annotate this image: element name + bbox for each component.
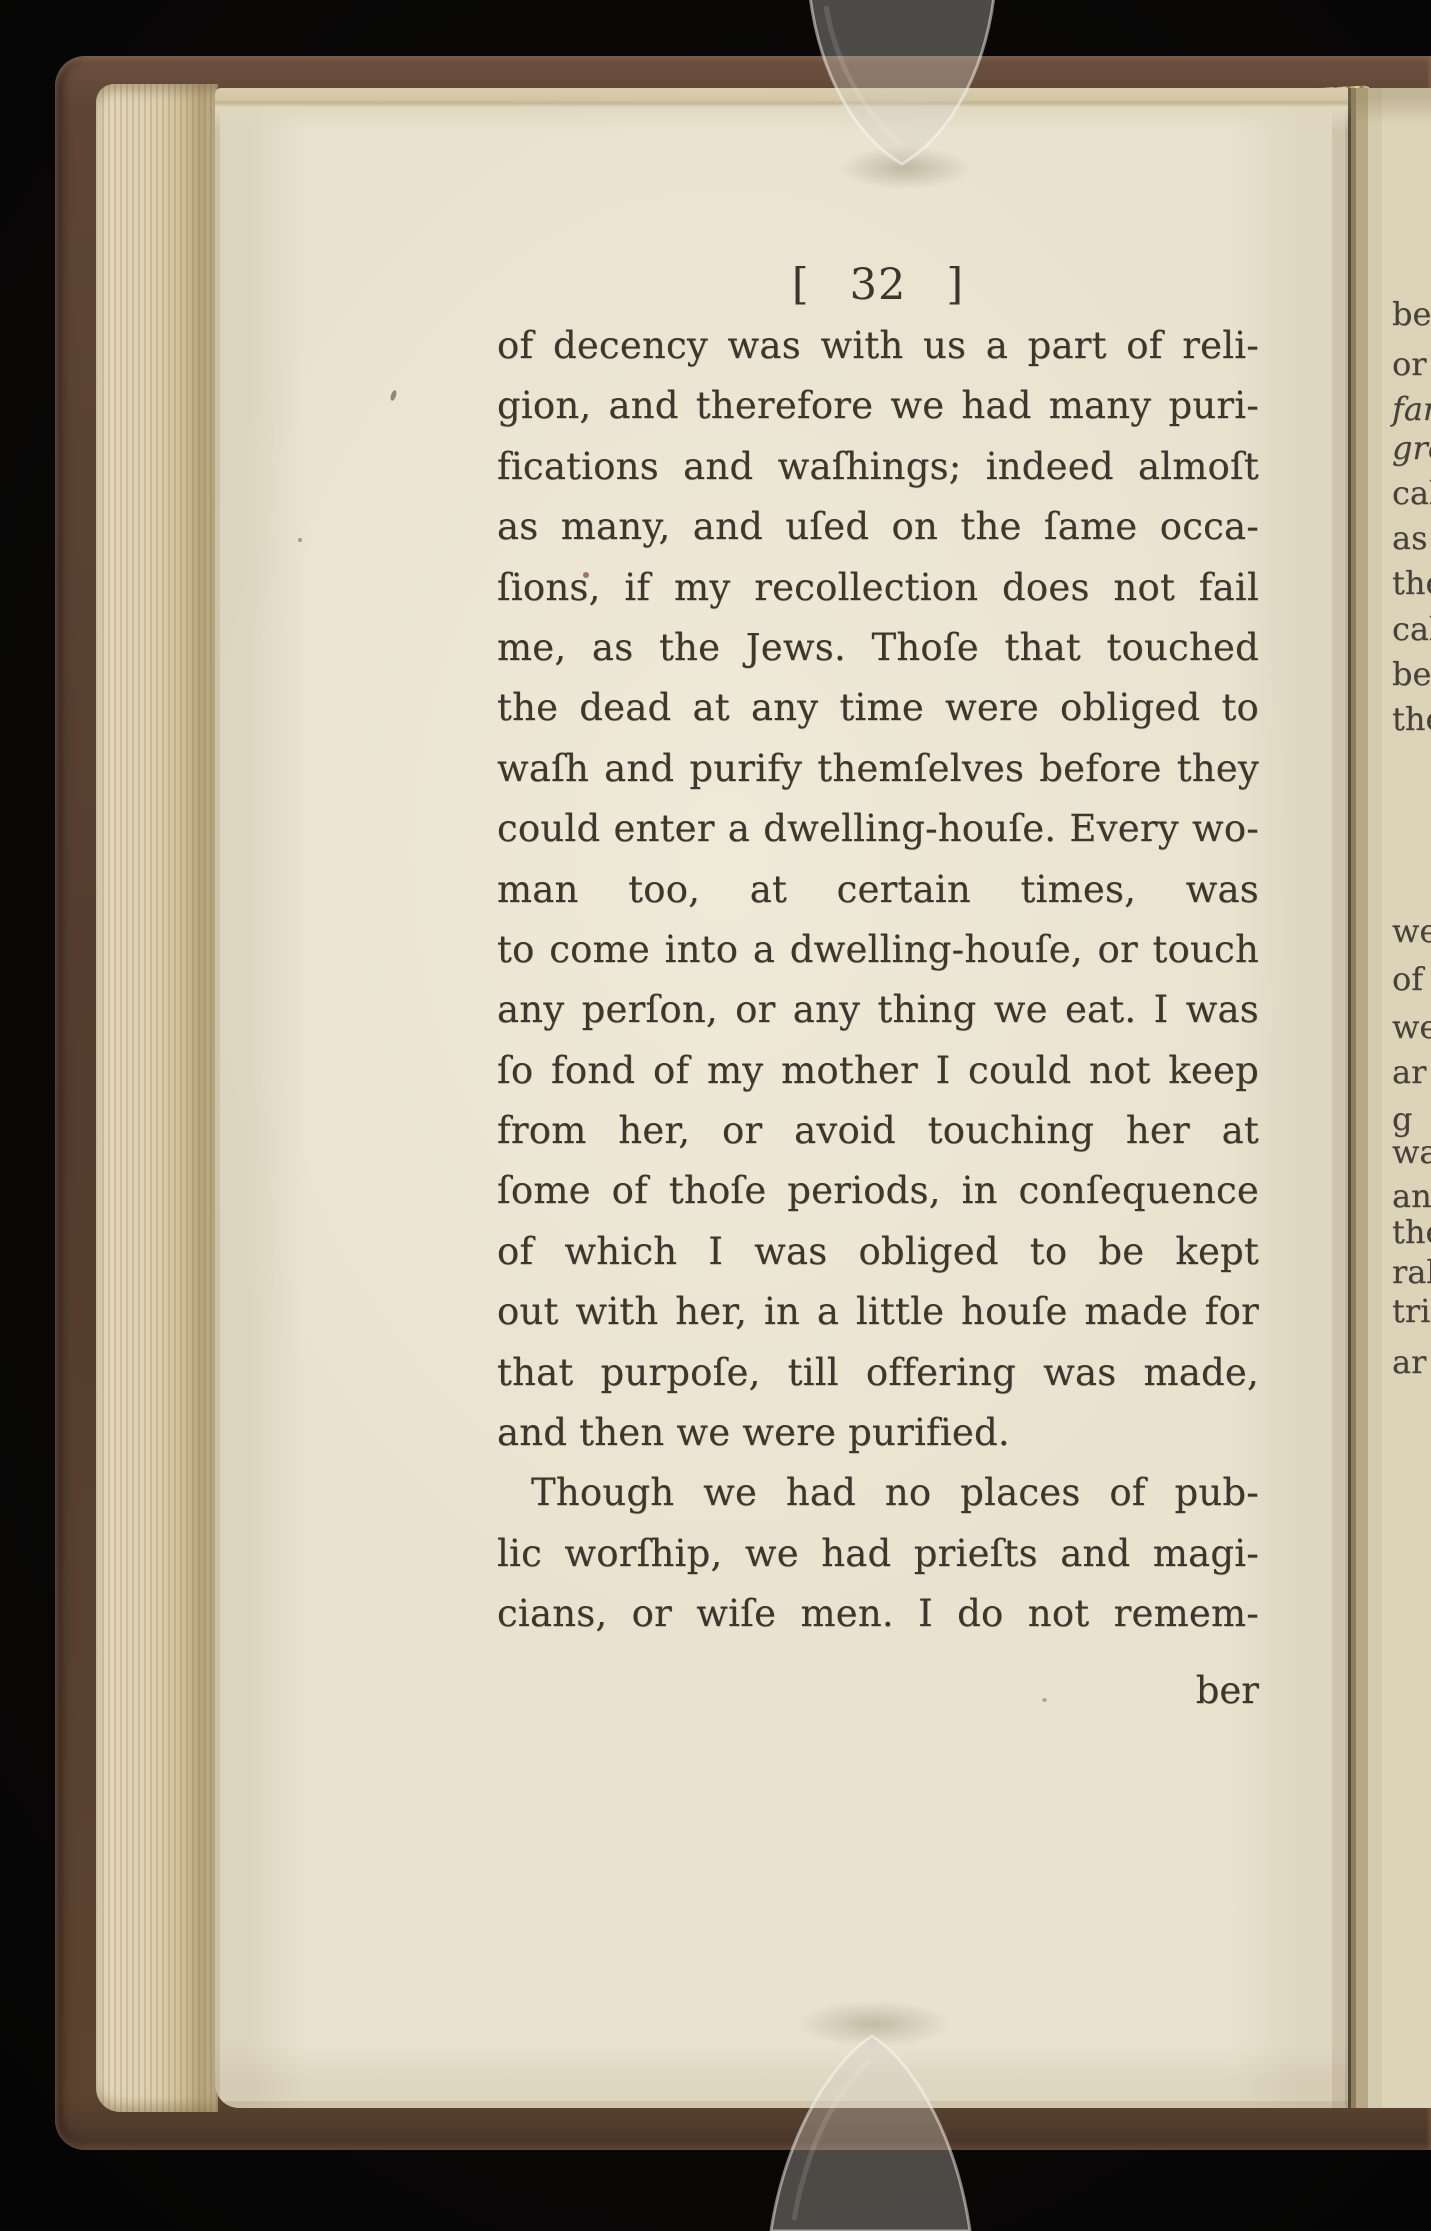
recto-text-fragment: calcu bbox=[1392, 613, 1431, 645]
recto-text-fragment: ber bbox=[1392, 298, 1431, 330]
text-line: any perſon, or any thing we eat. I was bbox=[497, 980, 1259, 1040]
text-line: me, as the Jews. Thoſe that touched bbox=[497, 618, 1259, 678]
recto-text-fragment: ral bbox=[1392, 1256, 1431, 1288]
text-line: and then we were purified. bbox=[497, 1403, 1259, 1463]
text-line: of decency was with us a part of reli- bbox=[497, 316, 1259, 376]
recto-text-fragment: calcu bbox=[1392, 477, 1431, 509]
text-line: cians, or wiſe men. I do not remem- bbox=[497, 1584, 1259, 1644]
recto-text-fragment: wer bbox=[1392, 915, 1431, 947]
recto-text-fragment: the bbox=[1392, 1216, 1431, 1248]
text-line: to come into a dwelling-houſe, or touch bbox=[497, 920, 1259, 980]
clip-shape bbox=[810, 0, 994, 164]
adjacent-page-sliver: ber or fam great calcu as th them calcu … bbox=[1348, 88, 1431, 2108]
plastic-holding-clip-top bbox=[806, 0, 998, 172]
page-text-block: [32] of decency was with us a part of re… bbox=[497, 260, 1259, 1721]
text-line: the dead at any time were obliged to bbox=[497, 678, 1259, 738]
book-page: [32] of decency was with us a part of re… bbox=[215, 88, 1348, 2108]
recto-text-fragment: tri bbox=[1392, 1295, 1430, 1327]
page-number: [32] bbox=[497, 260, 1259, 316]
recto-text-fragment: wa bbox=[1392, 1136, 1431, 1168]
text-line: man too, at certain times, was forbidden bbox=[497, 860, 1259, 920]
catchword: ber bbox=[497, 1661, 1259, 1721]
recto-text-fragment: thei bbox=[1392, 703, 1431, 735]
text-line: could enter a dwelling-houſe. Every wo- bbox=[497, 799, 1259, 859]
recto-text-fragment: fam bbox=[1392, 393, 1431, 425]
recto-text-fragment: them bbox=[1392, 567, 1431, 599]
text-line: of which I was obliged to be kept bbox=[497, 1222, 1259, 1282]
folio-close-bracket: ] bbox=[946, 260, 964, 310]
page-body-text: of decency was with us a part of reli- g… bbox=[497, 316, 1259, 1645]
photograph-backdrop: [32] of decency was with us a part of re… bbox=[0, 0, 1431, 2231]
clip-shape bbox=[771, 2036, 970, 2231]
text-line: fications and waſhings; indeed almoſt bbox=[497, 437, 1259, 497]
recto-text-fragment: of t bbox=[1392, 963, 1431, 995]
text-line: ſo fond of my mother I could not keep bbox=[497, 1041, 1259, 1101]
text-line: ſome of thoſe periods, in conſequence bbox=[497, 1161, 1259, 1221]
text-line: as many, and uſed on the ſame occa- bbox=[497, 497, 1259, 557]
text-line: out with her, in a little houſe made for bbox=[497, 1282, 1259, 1342]
recto-text-fragment: g bbox=[1392, 1103, 1412, 1135]
recto-text-fragment: we bbox=[1392, 1011, 1431, 1043]
ink-speck bbox=[583, 572, 589, 578]
recto-text-fragment: or bbox=[1392, 348, 1427, 380]
text-line: from her, or avoid touching her at bbox=[497, 1101, 1259, 1161]
folio-number: 32 bbox=[850, 260, 907, 310]
text-line-paragraph-start: Though we had no places of pub- bbox=[497, 1463, 1259, 1523]
folio-open-bracket: [ bbox=[792, 260, 810, 310]
page-edge-stack bbox=[96, 84, 218, 2112]
recto-text-fragment: ar bbox=[1392, 1056, 1426, 1088]
text-line: ſions, if my recollection does not fail bbox=[497, 558, 1259, 618]
ink-speck bbox=[298, 538, 302, 542]
recto-text-fragment: bein bbox=[1392, 658, 1431, 690]
text-line: waſh and purify themſelves before they bbox=[497, 739, 1259, 799]
text-line: lic worſhip, we had prieſts and magi- bbox=[497, 1524, 1259, 1584]
plastic-holding-clip-bottom bbox=[766, 2030, 975, 2231]
recto-text-fragment: as th bbox=[1392, 522, 1431, 554]
recto-text-fragment: ar bbox=[1392, 1346, 1426, 1378]
text-line: gion, and therefore we had many puri- bbox=[497, 376, 1259, 436]
ink-speck bbox=[1042, 1698, 1047, 1702]
text-line: that purpoſe, till offering was made, bbox=[497, 1343, 1259, 1403]
recto-text-fragment: great bbox=[1392, 432, 1431, 464]
recto-text-fragment: an bbox=[1392, 1180, 1431, 1212]
